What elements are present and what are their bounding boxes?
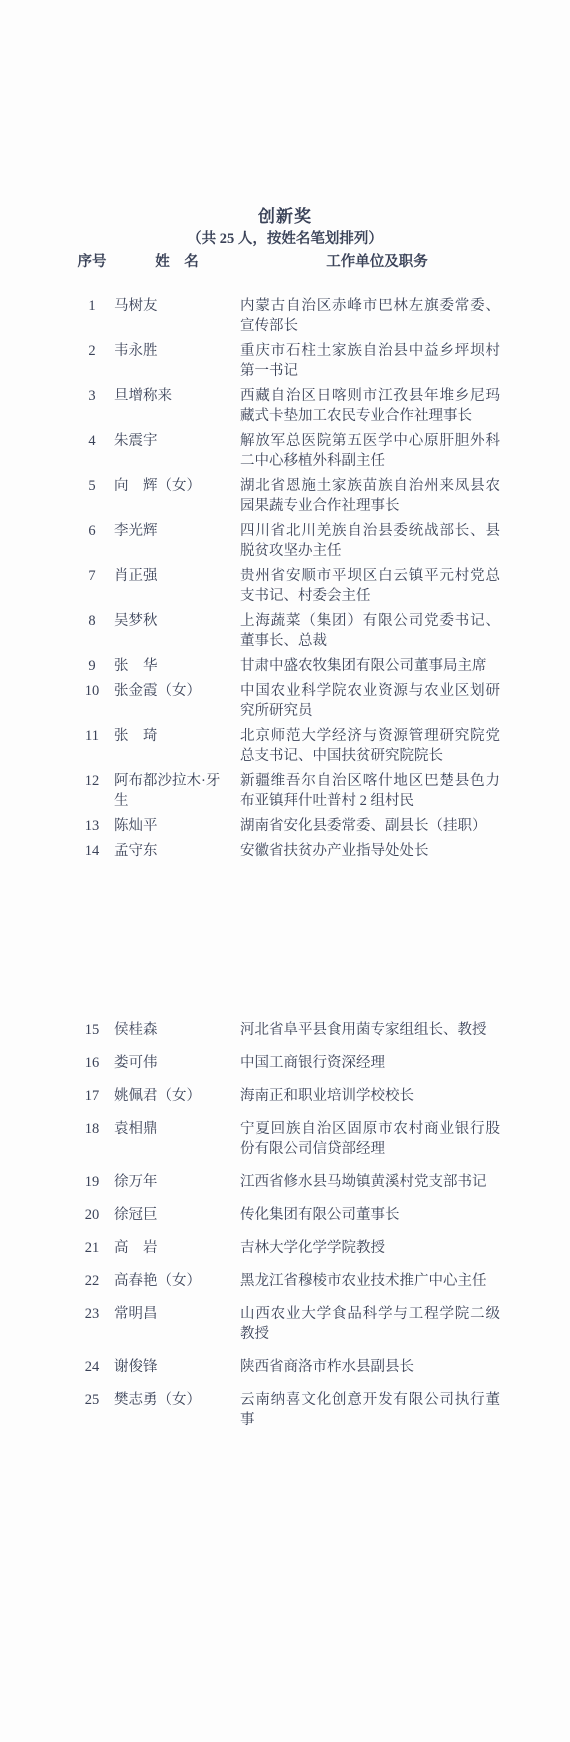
row-name: 旦增称来 [114, 386, 240, 426]
header-name: 姓 名 [114, 252, 240, 272]
row-unit: 湖南省安化县委常委、副县长（挂职） [240, 816, 500, 836]
row-index: 15 [70, 1020, 114, 1040]
row-unit: 重庆市石柱土家族自治县中益乡坪坝村第一书记 [240, 341, 500, 381]
table-row: 1 马树友 内蒙古自治区赤峰市巴林左旗委常委、宣传部长 [0, 296, 570, 336]
table-row: 17 姚佩君（女） 海南正和职业培训学校校长 [0, 1086, 570, 1106]
row-name: 张 琦 [114, 726, 240, 766]
row-index: 19 [70, 1172, 114, 1192]
row-index: 1 [70, 296, 114, 336]
row-name: 向 辉（女） [114, 476, 240, 516]
row-unit: 贵州省安顺市平坝区白云镇平元村党总支书记、村委会主任 [240, 566, 500, 606]
row-name: 阿布都沙拉木·牙生 [114, 771, 240, 811]
table-row: 11 张 琦 北京师范大学经济与资源管理研究院党总支书记、中国扶贫研究院院长 [0, 726, 570, 766]
table-row: 8 吴梦秋 上海蔬菜（集团）有限公司党委书记、董事长、总裁 [0, 611, 570, 651]
header-unit: 工作单位及职务 [240, 252, 514, 272]
row-index: 13 [70, 816, 114, 836]
table-row: 15 侯桂森 河北省阜平县食用菌专家组组长、教授 [0, 1020, 570, 1040]
row-index: 7 [70, 566, 114, 606]
row-unit: 传化集团有限公司董事长 [240, 1205, 500, 1225]
row-name: 袁相鼎 [114, 1119, 240, 1159]
table-row: 2 韦永胜 重庆市石柱土家族自治县中益乡坪坝村第一书记 [0, 341, 570, 381]
row-name: 吴梦秋 [114, 611, 240, 651]
table-row: 3 旦增称来 西藏自治区日喀则市江孜县年堆乡尼玛藏式卡垫加工农民专业合作社理事长 [0, 386, 570, 426]
row-unit: 甘肃中盛农牧集团有限公司董事局主席 [240, 656, 500, 676]
row-index: 8 [70, 611, 114, 651]
row-name: 李光辉 [114, 521, 240, 561]
row-index: 11 [70, 726, 114, 766]
table-row: 25 樊志勇（女） 云南纳喜文化创意开发有限公司执行董事 [0, 1390, 570, 1430]
table-row: 22 高春艳（女） 黑龙江省穆棱市农业技术推广中心主任 [0, 1271, 570, 1291]
row-index: 2 [70, 341, 114, 381]
row-unit: 上海蔬菜（集团）有限公司党委书记、董事长、总裁 [240, 611, 500, 651]
row-name: 徐万年 [114, 1172, 240, 1192]
row-unit: 安徽省扶贫办产业指导处处长 [240, 841, 500, 861]
row-unit: 内蒙古自治区赤峰市巴林左旗委常委、宣传部长 [240, 296, 500, 336]
table-row: 23 常明昌 山西农业大学食品科学与工程学院二级教授 [0, 1304, 570, 1344]
row-name: 高春艳（女） [114, 1271, 240, 1291]
row-name: 朱震宇 [114, 431, 240, 471]
row-unit: 宁夏回族自治区固原市农村商业银行股份有限公司信贷部经理 [240, 1119, 500, 1159]
rows-section-1: 1 马树友 内蒙古自治区赤峰市巴林左旗委常委、宣传部长 2 韦永胜 重庆市石柱土… [0, 296, 570, 861]
row-unit: 江西省修水县马坳镇黄溪村党支部书记 [240, 1172, 500, 1192]
row-index: 4 [70, 431, 114, 471]
header-index: 序号 [70, 252, 114, 272]
table-row: 16 娄可伟 中国工商银行资深经理 [0, 1053, 570, 1073]
row-unit: 中国工商银行资深经理 [240, 1053, 500, 1073]
table-row: 20 徐冠巨 传化集团有限公司董事长 [0, 1205, 570, 1225]
row-name: 张金霞（女） [114, 681, 240, 721]
row-index: 12 [70, 771, 114, 811]
table-row: 18 袁相鼎 宁夏回族自治区固原市农村商业银行股份有限公司信贷部经理 [0, 1119, 570, 1159]
row-unit: 湖北省恩施土家族苗族自治州来凤县农园果蔬专业合作社理事长 [240, 476, 500, 516]
row-name: 谢俊锋 [114, 1357, 240, 1377]
table-header: 序号 姓 名 工作单位及职务 [0, 252, 570, 272]
row-index: 25 [70, 1390, 114, 1430]
row-unit: 西藏自治区日喀则市江孜县年堆乡尼玛藏式卡垫加工农民专业合作社理事长 [240, 386, 500, 426]
row-unit: 吉林大学化学学院教授 [240, 1238, 500, 1258]
row-name: 韦永胜 [114, 341, 240, 381]
row-index: 21 [70, 1238, 114, 1258]
row-unit: 中国农业科学院农业资源与农业区划研究所研究员 [240, 681, 500, 721]
table-row: 21 高 岩 吉林大学化学学院教授 [0, 1238, 570, 1258]
row-name: 徐冠巨 [114, 1205, 240, 1225]
row-index: 18 [70, 1119, 114, 1159]
table-row: 10 张金霞（女） 中国农业科学院农业资源与农业区划研究所研究员 [0, 681, 570, 721]
row-name: 张 华 [114, 656, 240, 676]
table-row: 24 谢俊锋 陕西省商洛市柞水县副县长 [0, 1357, 570, 1377]
row-name: 樊志勇（女） [114, 1390, 240, 1430]
table-row: 14 孟守东 安徽省扶贫办产业指导处处长 [0, 841, 570, 861]
row-name: 陈灿平 [114, 816, 240, 836]
row-index: 6 [70, 521, 114, 561]
page-subtitle: （共 25 人，按姓名笔划排列） [0, 229, 570, 250]
table-row: 4 朱震宇 解放军总医院第五医学中心原肝胆外科二中心移植外科副主任 [0, 431, 570, 471]
row-index: 22 [70, 1271, 114, 1291]
page-title: 创新奖 [0, 206, 570, 228]
row-index: 3 [70, 386, 114, 426]
row-name: 姚佩君（女） [114, 1086, 240, 1106]
row-name: 高 岩 [114, 1238, 240, 1258]
row-index: 10 [70, 681, 114, 721]
row-index: 14 [70, 841, 114, 861]
row-unit: 河北省阜平县食用菌专家组组长、教授 [240, 1020, 500, 1040]
row-index: 20 [70, 1205, 114, 1225]
row-index: 24 [70, 1357, 114, 1377]
row-name: 常明昌 [114, 1304, 240, 1344]
row-unit: 陕西省商洛市柞水县副县长 [240, 1357, 500, 1377]
row-index: 16 [70, 1053, 114, 1073]
row-name: 孟守东 [114, 841, 240, 861]
page-break-gap [0, 866, 570, 996]
row-index: 5 [70, 476, 114, 516]
row-unit: 北京师范大学经济与资源管理研究院党总支书记、中国扶贫研究院院长 [240, 726, 500, 766]
document-page: 创新奖 （共 25 人，按姓名笔划排列） 序号 姓 名 工作单位及职务 1 马树… [0, 0, 570, 1742]
row-index: 9 [70, 656, 114, 676]
row-unit: 云南纳喜文化创意开发有限公司执行董事 [240, 1390, 500, 1430]
table-row: 12 阿布都沙拉木·牙生 新疆维吾尔自治区喀什地区巴楚县色力布亚镇拜什吐普村 2… [0, 771, 570, 811]
row-name: 肖正强 [114, 566, 240, 606]
award-list: 创新奖 （共 25 人，按姓名笔划排列） 序号 姓 名 工作单位及职务 1 马树… [0, 0, 570, 1430]
table-row: 6 李光辉 四川省北川羌族自治县委统战部长、县脱贫攻坚办主任 [0, 521, 570, 561]
row-name: 娄可伟 [114, 1053, 240, 1073]
row-index: 17 [70, 1086, 114, 1106]
row-unit: 新疆维吾尔自治区喀什地区巴楚县色力布亚镇拜什吐普村 2 组村民 [240, 771, 500, 811]
table-row: 13 陈灿平 湖南省安化县委常委、副县长（挂职） [0, 816, 570, 836]
row-unit: 山西农业大学食品科学与工程学院二级教授 [240, 1304, 500, 1344]
table-row: 7 肖正强 贵州省安顺市平坝区白云镇平元村党总支书记、村委会主任 [0, 566, 570, 606]
rows-section-2: 15 侯桂森 河北省阜平县食用菌专家组组长、教授 16 娄可伟 中国工商银行资深… [0, 1020, 570, 1430]
row-index: 23 [70, 1304, 114, 1344]
row-unit: 黑龙江省穆棱市农业技术推广中心主任 [240, 1271, 500, 1291]
row-name: 侯桂森 [114, 1020, 240, 1040]
table-row: 9 张 华 甘肃中盛农牧集团有限公司董事局主席 [0, 656, 570, 676]
row-unit: 海南正和职业培训学校校长 [240, 1086, 500, 1106]
row-unit: 解放军总医院第五医学中心原肝胆外科二中心移植外科副主任 [240, 431, 500, 471]
row-name: 马树友 [114, 296, 240, 336]
row-unit: 四川省北川羌族自治县委统战部长、县脱贫攻坚办主任 [240, 521, 500, 561]
table-row: 5 向 辉（女） 湖北省恩施土家族苗族自治州来凤县农园果蔬专业合作社理事长 [0, 476, 570, 516]
table-row: 19 徐万年 江西省修水县马坳镇黄溪村党支部书记 [0, 1172, 570, 1192]
